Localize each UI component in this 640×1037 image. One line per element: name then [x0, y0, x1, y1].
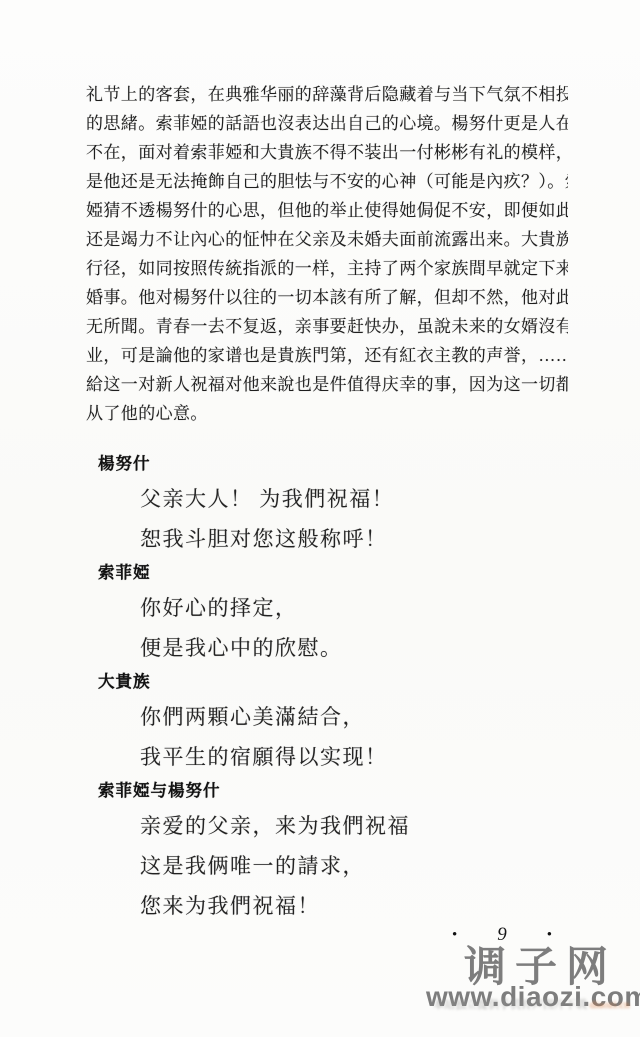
dialogue-line: 您来为我們祝福！ [140, 886, 568, 926]
paragraph-line: 的思緒。索菲婭的話語也沒表达出自己的心境。楊努什更是人在心 [86, 109, 568, 138]
dialogue-section: 楊努什父亲大人！ 为我們祝福！恕我斗胆对您这般称呼！ [86, 454, 568, 559]
paragraph-line: 还是竭力不让內心的怔忡在父亲及未婚夫面前流露出来。大貴族的 [86, 225, 568, 254]
paragraph-line: 婭猜不透楊努什的心思，但他的举止使得她侷促不安，即便如此，她 [86, 196, 568, 225]
dialogue-section: 大貴族你們两顆心美滿結合，我平生的宿願得以实现！ [86, 672, 568, 777]
dialogue-line: 父亲大人！ 为我們祝福！ [140, 479, 568, 519]
dialogue-line: 我平生的宿願得以实现！ [140, 737, 568, 777]
dialogue-line: 这是我俩唯一的請求， [140, 846, 568, 886]
dialogue-section: 索菲婭你好心的择定，便是我心中的欣慰。 [86, 563, 568, 668]
watermark-faint-accent: diaozi.cn [590, 999, 630, 1011]
page-number-left-dot: • [452, 926, 457, 944]
paragraph-line: 从了他的心意。 [86, 399, 568, 428]
paragraph-line: 是他还是无法掩飾自己的胆怯与不安的心神（可能是內疚？）。索菲 [86, 167, 568, 196]
speaker-name: 索菲婭与楊努什 [98, 781, 568, 801]
speaker-name: 索菲婭 [98, 563, 568, 583]
dialogue-line: 你好心的择定， [140, 588, 568, 628]
site-watermark: 调子网 www.diaozi.com 本站独立提供手机铃声图片下载 diaozi… [0, 947, 640, 1037]
speaker-name: 楊努什 [98, 454, 568, 474]
paragraph-line: 婚事。他对楊努什以往的一切本該有所了解，但却不然，他对此一 [86, 283, 568, 312]
paragraph-line: 給这一对新人祝福对他来說也是件值得庆幸的事，因为这一切都順 [86, 370, 568, 399]
paragraph-line: 无所聞。青春一去不复返，亲事要赶快办，虽說未来的女婿沒有家 [86, 312, 568, 341]
page-number-right-dot: • [547, 926, 552, 944]
paragraph-line: 行径，如同按照传統指派的一样，主持了两个家族間早就定下来的 [86, 254, 568, 283]
watermark-faint-gray: 本站独立提供手机铃声图片下载 [433, 999, 587, 1011]
dialogue-line: 恕我斗胆对您这般称呼！ [140, 519, 568, 559]
paragraph-line: 礼节上的客套，在典雅华丽的辞藻背后隐藏着与当下气氛不相投合 [86, 80, 568, 109]
watermark-site-url: www.diaozi.com [426, 981, 640, 1013]
dialogue-line: 便是我心中的欣慰。 [140, 628, 568, 668]
watermark-faint-text: 本站独立提供手机铃声图片下载 diaozi.cn [433, 996, 633, 1012]
body-paragraph: 礼节上的客套，在典雅华丽的辞藻背后隐藏着与当下气氛不相投合的思緒。索菲婭的話語也… [86, 80, 568, 428]
dialogue-section: 索菲婭与楊努什亲爱的父亲，来为我們祝福这是我俩唯一的請求，您来为我們祝福！ [86, 781, 568, 926]
paragraph-line: 不在，面对着索菲婭和大貴族不得不装出一付彬彬有礼的模样，可 [86, 138, 568, 167]
dialogue-line: 亲爱的父亲，来为我們祝福 [140, 806, 568, 846]
speaker-name: 大貴族 [98, 672, 568, 692]
scanned-book-page: 礼节上的客套，在典雅华丽的辞藻背后隐藏着与当下气氛不相投合的思緒。索菲婭的話語也… [0, 0, 640, 1037]
page-number-row: • 9 • [452, 924, 552, 946]
paragraph-line: 业，可是論他的家谱也是貴族門第，还有紅衣主教的声誉，……所以 [86, 341, 568, 370]
dialogue-line: 你們两顆心美滿結合， [140, 697, 568, 737]
dialogue-sections: 楊努什父亲大人！ 为我們祝福！恕我斗胆对您这般称呼！索菲婭你好心的择定，便是我心… [86, 450, 568, 928]
page-number: 9 [497, 924, 507, 946]
